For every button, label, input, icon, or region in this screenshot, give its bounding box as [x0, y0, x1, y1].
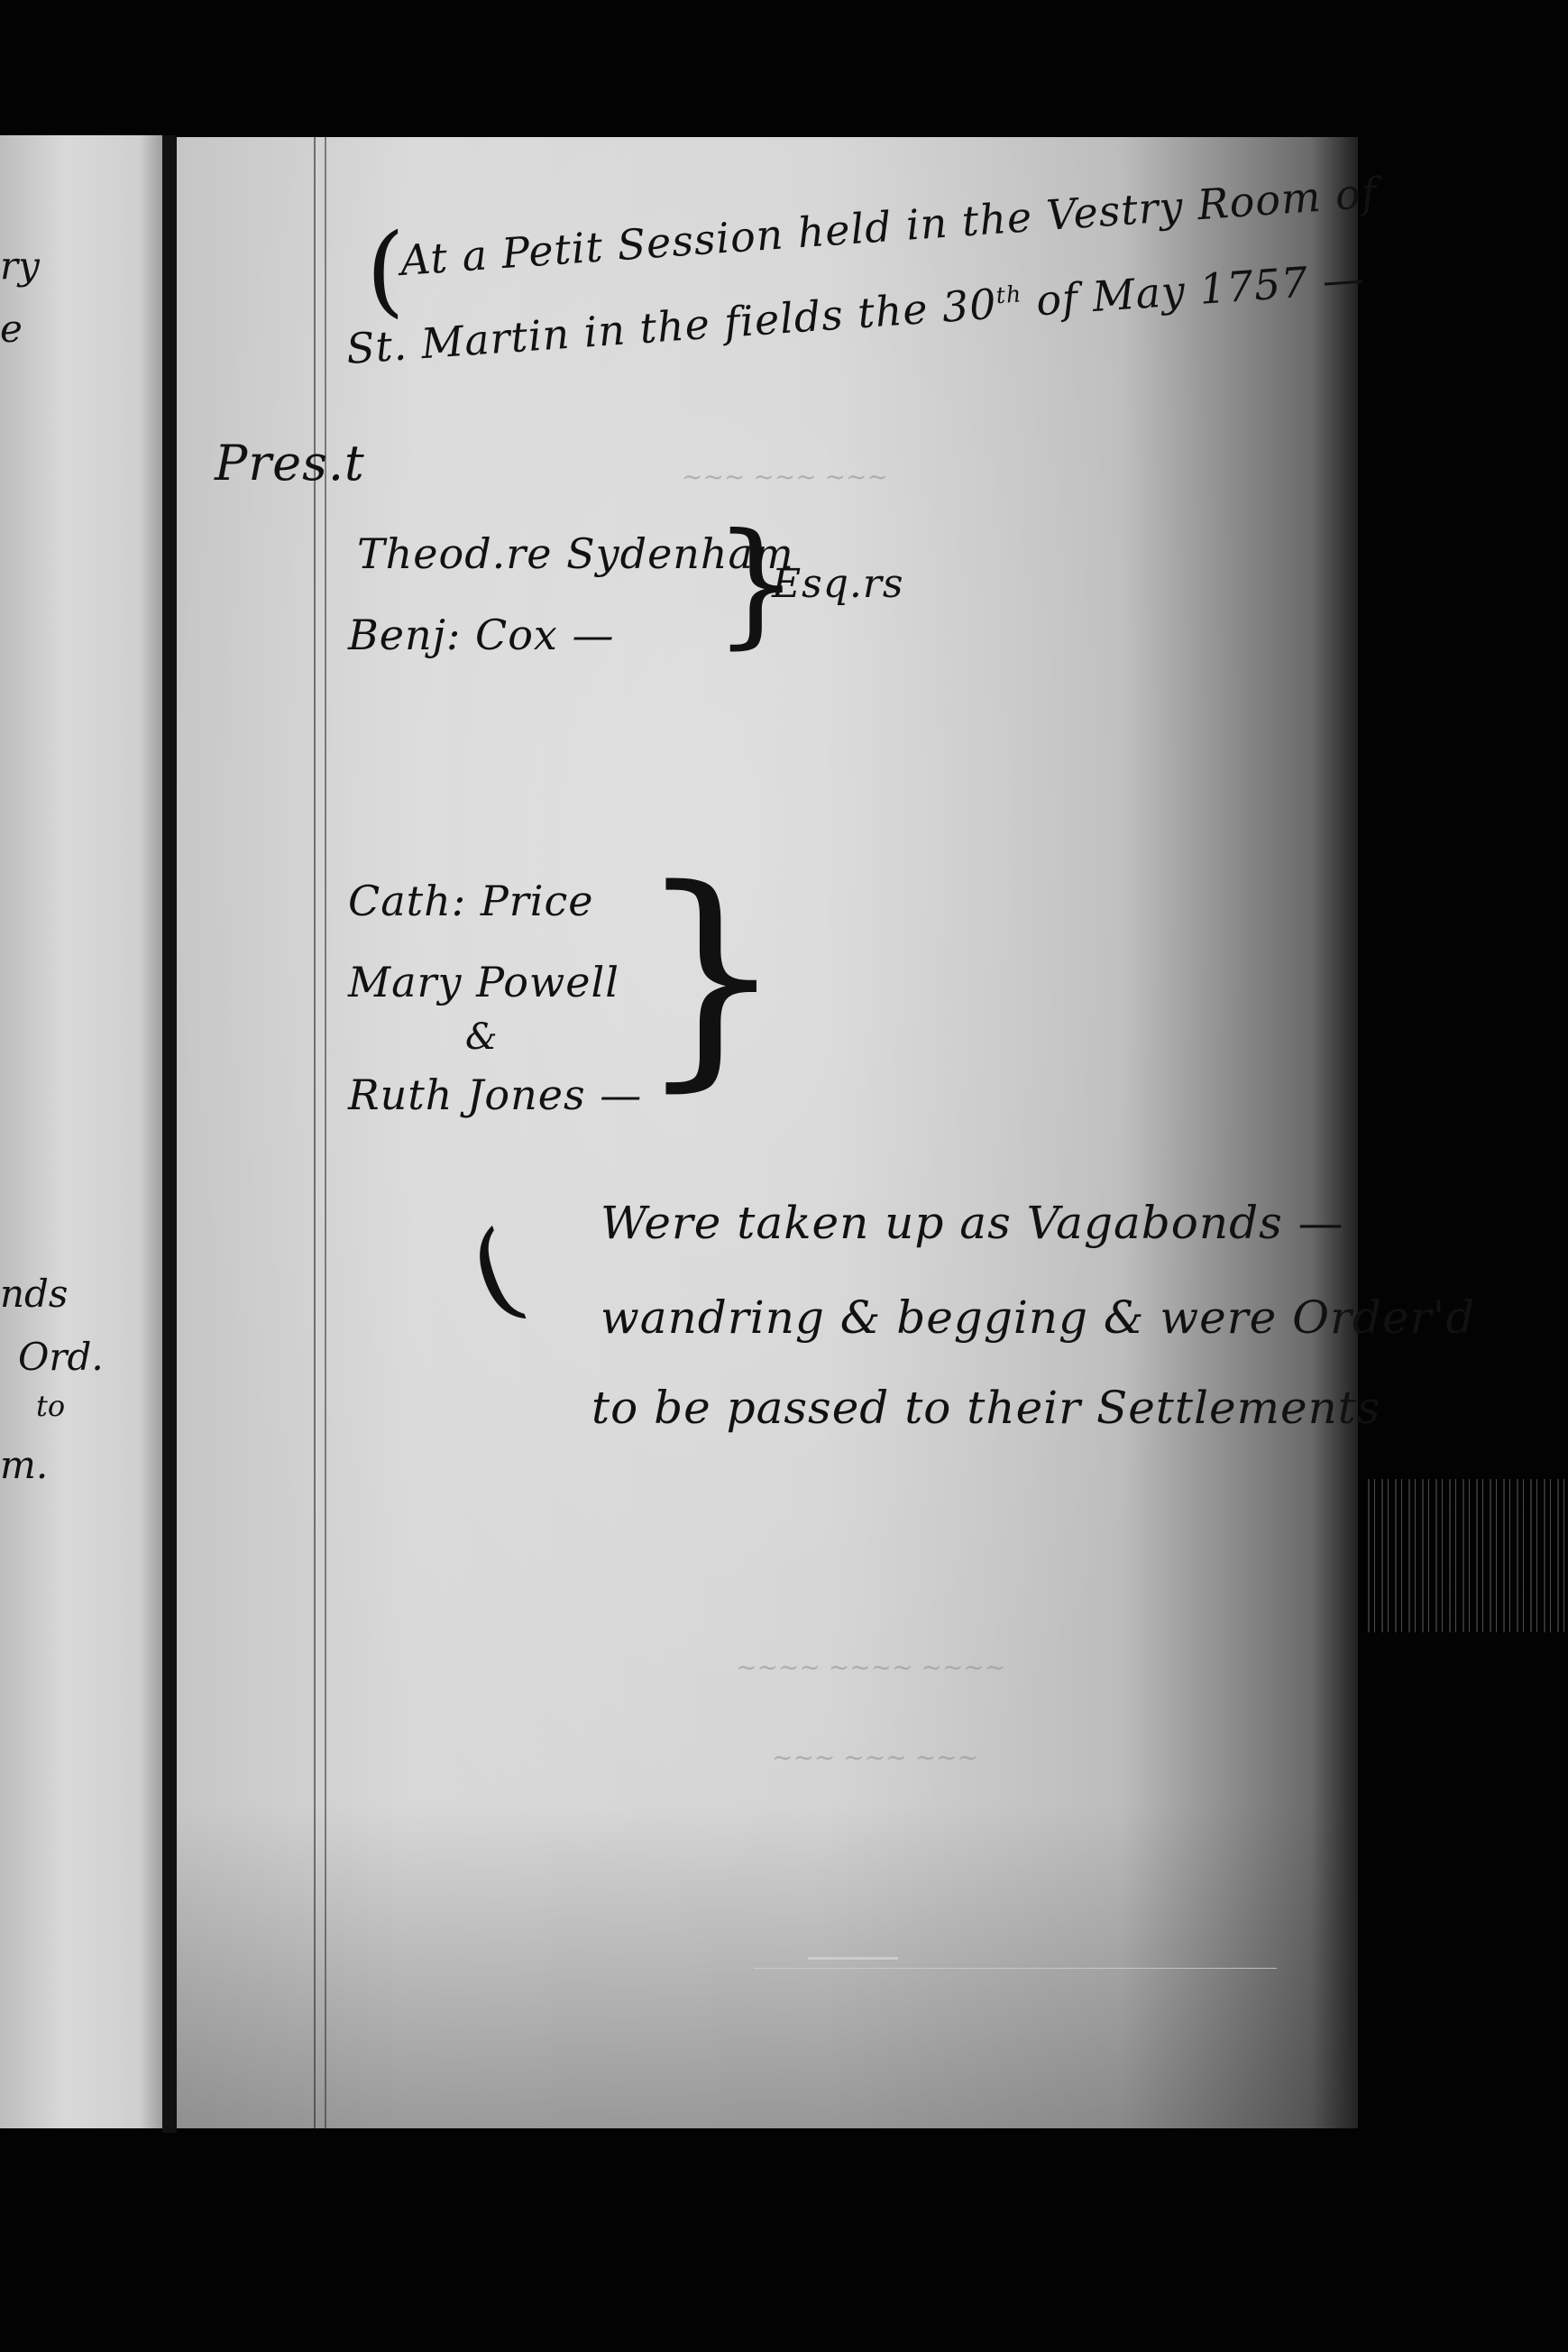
bleed-through: ~~~~ ~~~~ ~~~~	[736, 1652, 1005, 1682]
person-name: Ruth Jones —	[348, 1070, 642, 1119]
header-flourish: (	[366, 220, 405, 319]
header-place-date: St. Martin in the fields the 30	[344, 280, 998, 373]
film-scratch	[754, 1968, 1277, 1969]
entry-flourish: (	[457, 1216, 534, 1332]
entry-line: Were taken up as Vagabonds —	[601, 1197, 1344, 1249]
entry-line: to be passed to their Settlements	[591, 1382, 1381, 1434]
person-name: Mary Powell	[348, 958, 619, 1006]
page-gutter	[162, 135, 177, 2133]
persons-brace: }	[637, 859, 785, 1093]
left-fragment: e	[0, 307, 23, 351]
bleed-through: ~~~ ~~~ ~~~	[682, 462, 888, 492]
left-fragment: nds	[0, 1272, 69, 1316]
present-label: Pres.t	[215, 435, 365, 492]
film-noise	[1362, 1479, 1568, 1632]
header-month-year: of May 1757 —	[1021, 253, 1367, 326]
person-name: Cath: Price	[348, 877, 594, 925]
justices-title: Esq.rs	[772, 561, 903, 607]
entry-line: wandring & begging & were Order'd	[601, 1291, 1475, 1344]
justice-name: Benj: Cox —	[348, 611, 615, 659]
left-page: ry e nds Ord. to m.	[0, 135, 164, 2128]
bleed-through: ~~~ ~~~ ~~~	[772, 1742, 978, 1772]
left-fragment: Ord.	[18, 1335, 104, 1379]
left-fragment: ry	[0, 243, 40, 288]
ampersand: &	[465, 1016, 499, 1058]
left-fragment: m.	[0, 1443, 48, 1487]
header-ordinal-suffix: th	[995, 280, 1022, 308]
film-scratch	[808, 1957, 898, 1960]
right-page: ~~~ ~~~ ~~~ ~~~~ ~~~~ ~~~~ ~~~ ~~~ ~~~ (…	[177, 137, 1358, 2128]
left-fragment: to	[36, 1389, 65, 1423]
